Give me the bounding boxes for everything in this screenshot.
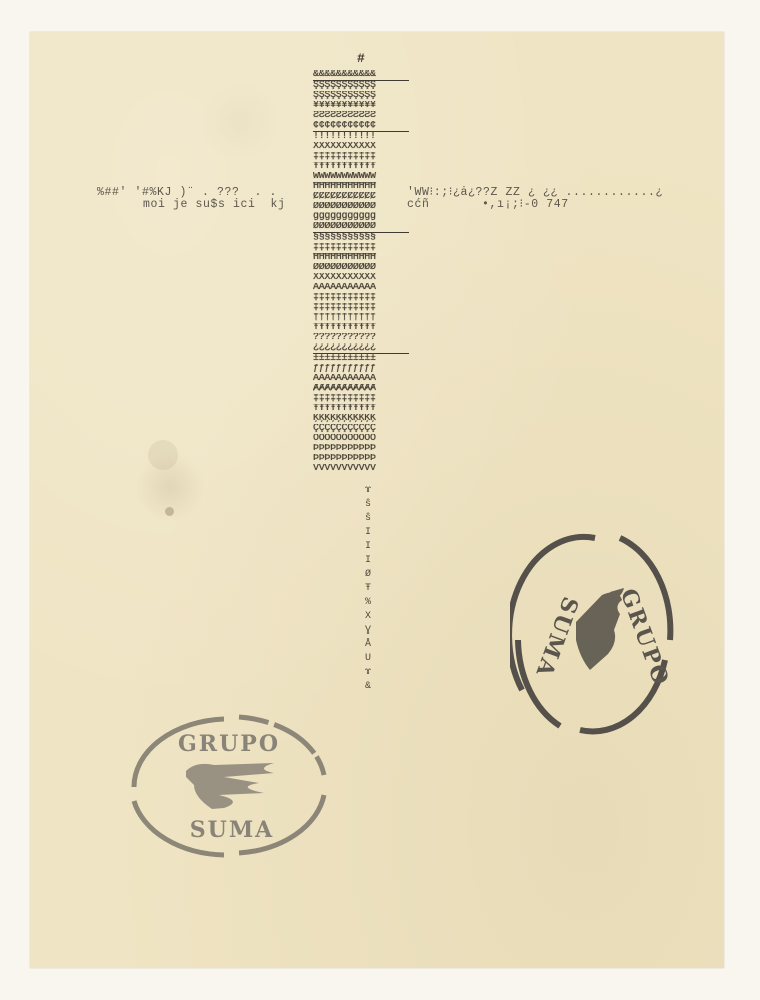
glyph-row: ȺȺȺȺȺȺȺȺȺȺȺ — [313, 384, 409, 394]
glyph-row: ŦŦŦŦŦŦŦŦŦŦŦ — [313, 162, 409, 172]
glyph-row: ŦŦŦŦŦŦŦŦŦŦŦ — [313, 404, 409, 414]
typed-line-2-right: cćñ •,ı¡;⁝-0 747 — [407, 199, 569, 211]
stamp-grupo-suma-left: GRUPO SUMA — [124, 705, 334, 865]
glyph-row: ¢¢¢¢¢¢¢¢¢¢¢ — [313, 121, 409, 132]
glyph-row: ĦĦĦĦĦĦĦĦĦĦĦ — [313, 182, 409, 192]
stamp-top-text: GRUPO — [178, 731, 280, 757]
glyph-row: XXXXXXXXXXX — [313, 142, 409, 152]
glyph-row: ƧƧƧƧƧƧƧƧƧƧƧ — [313, 111, 409, 121]
glyph-row: VVVVVVVVVVV — [313, 464, 409, 474]
glyph-row: ††††††††††† — [313, 313, 409, 323]
glyph-row: ĝĝĝĝĝĝĝĝĝĝĝ — [313, 212, 409, 222]
glyph-row: §§§§§§§§§§§ — [313, 233, 409, 243]
stamp-oval-icon: SUMA GRUPO — [510, 530, 680, 740]
glyph-row: ÔÔÔÔÔÔÔÔÔÔÔ — [313, 434, 409, 444]
ink-smudge — [165, 507, 174, 516]
typed-glyph-column: &&&&&&&&&&&ŞŞŞŞŞŞŞŞŞŞŞŞŞŞŞŞŞŞŞŞŞŞ¥¥¥¥¥¥¥… — [313, 70, 409, 482]
glyph-row: ĦĦĦĦĦĦĦĦĦĦĦ — [313, 253, 409, 263]
glyph-row: ‡‡‡‡‡‡‡‡‡‡‡ — [313, 303, 409, 313]
top-mark: # — [357, 53, 365, 65]
glyph-row: ±±±±±±±±±±± — [313, 354, 409, 364]
typed-glyph-tail: ɤ ŝ ŝ I I I Ø Ŧ % X Ɣ Å U ɤ & — [360, 484, 376, 694]
glyph-row: ØØØØØØØØØØØ — [313, 222, 409, 233]
glyph-row: &&&&&&&&&&& — [313, 70, 409, 81]
eagle-head-icon — [576, 588, 624, 670]
stamp-bottom-text: SUMA — [530, 593, 583, 681]
glyph-row: ẌẌẌẌẌẌẌẌẌẌẌ — [313, 273, 409, 283]
typed-line-2-left: moi je su$s ici kj — [143, 199, 286, 211]
glyph-row: WWWWWWWWWWW — [313, 172, 409, 182]
glyph-row: ??????????? — [313, 333, 409, 343]
glyph-row: ÅÅÅÅÅÅÅÅÅÅÅ — [313, 283, 409, 293]
glyph-row: ÇÇÇÇÇÇÇÇÇÇÇ — [313, 424, 409, 434]
glyph-row: !!!!!!!!!!! — [313, 132, 409, 142]
glyph-row: ÅÅÅÅÅÅÅÅÅÅÅ — [313, 374, 409, 384]
glyph-row: ǾǾǾǾǾǾǾǾǾǾǾ — [313, 263, 409, 273]
glyph-row: ŞŞŞŞŞŞŞŞŞŞŞ — [313, 91, 409, 101]
glyph-row: ØØØØØØØØØØØ — [313, 202, 409, 212]
glyph-row: ŞŞŞŞŞŞŞŞŞŞŞ — [313, 81, 409, 91]
glyph-row: ‡‡‡‡‡‡‡‡‡‡‡ — [313, 152, 409, 162]
glyph-row: ȻȻȻȻȻȻȻȻȻȻȻ — [313, 192, 409, 202]
glyph-row: ĶĶĶĶĶĶĶĶĶĶĶ — [313, 414, 409, 424]
glyph-row: ‡‡‡‡‡‡‡‡‡‡‡ — [313, 243, 409, 253]
glyph-row: ¿¿¿¿¿¿¿¿¿¿¿ — [313, 343, 409, 354]
glyph-row: ŦŦŦŦŦŦŦŦŦŦŦ — [313, 323, 409, 333]
glyph-row: ‡‡‡‡‡‡‡‡‡‡‡ — [313, 293, 409, 303]
stamp-oval-icon: GRUPO SUMA — [124, 705, 334, 865]
eagle-head-icon — [186, 763, 274, 809]
glyph-row: ÞÞÞÞÞÞÞÞÞÞÞ — [313, 454, 409, 464]
stamp-grupo-suma-right: SUMA GRUPO — [510, 530, 680, 740]
glyph-row: ƒƒƒƒƒƒƒƒƒƒƒ — [313, 364, 409, 374]
glyph-row: ‡‡‡‡‡‡‡‡‡‡‡ — [313, 394, 409, 404]
glyph-row: ÞÞÞÞÞÞÞÞÞÞÞ — [313, 444, 409, 454]
stamp-bottom-text: SUMA — [190, 817, 275, 843]
stain — [148, 440, 178, 470]
glyph-row: ¥¥¥¥¥¥¥¥¥¥¥ — [313, 101, 409, 111]
